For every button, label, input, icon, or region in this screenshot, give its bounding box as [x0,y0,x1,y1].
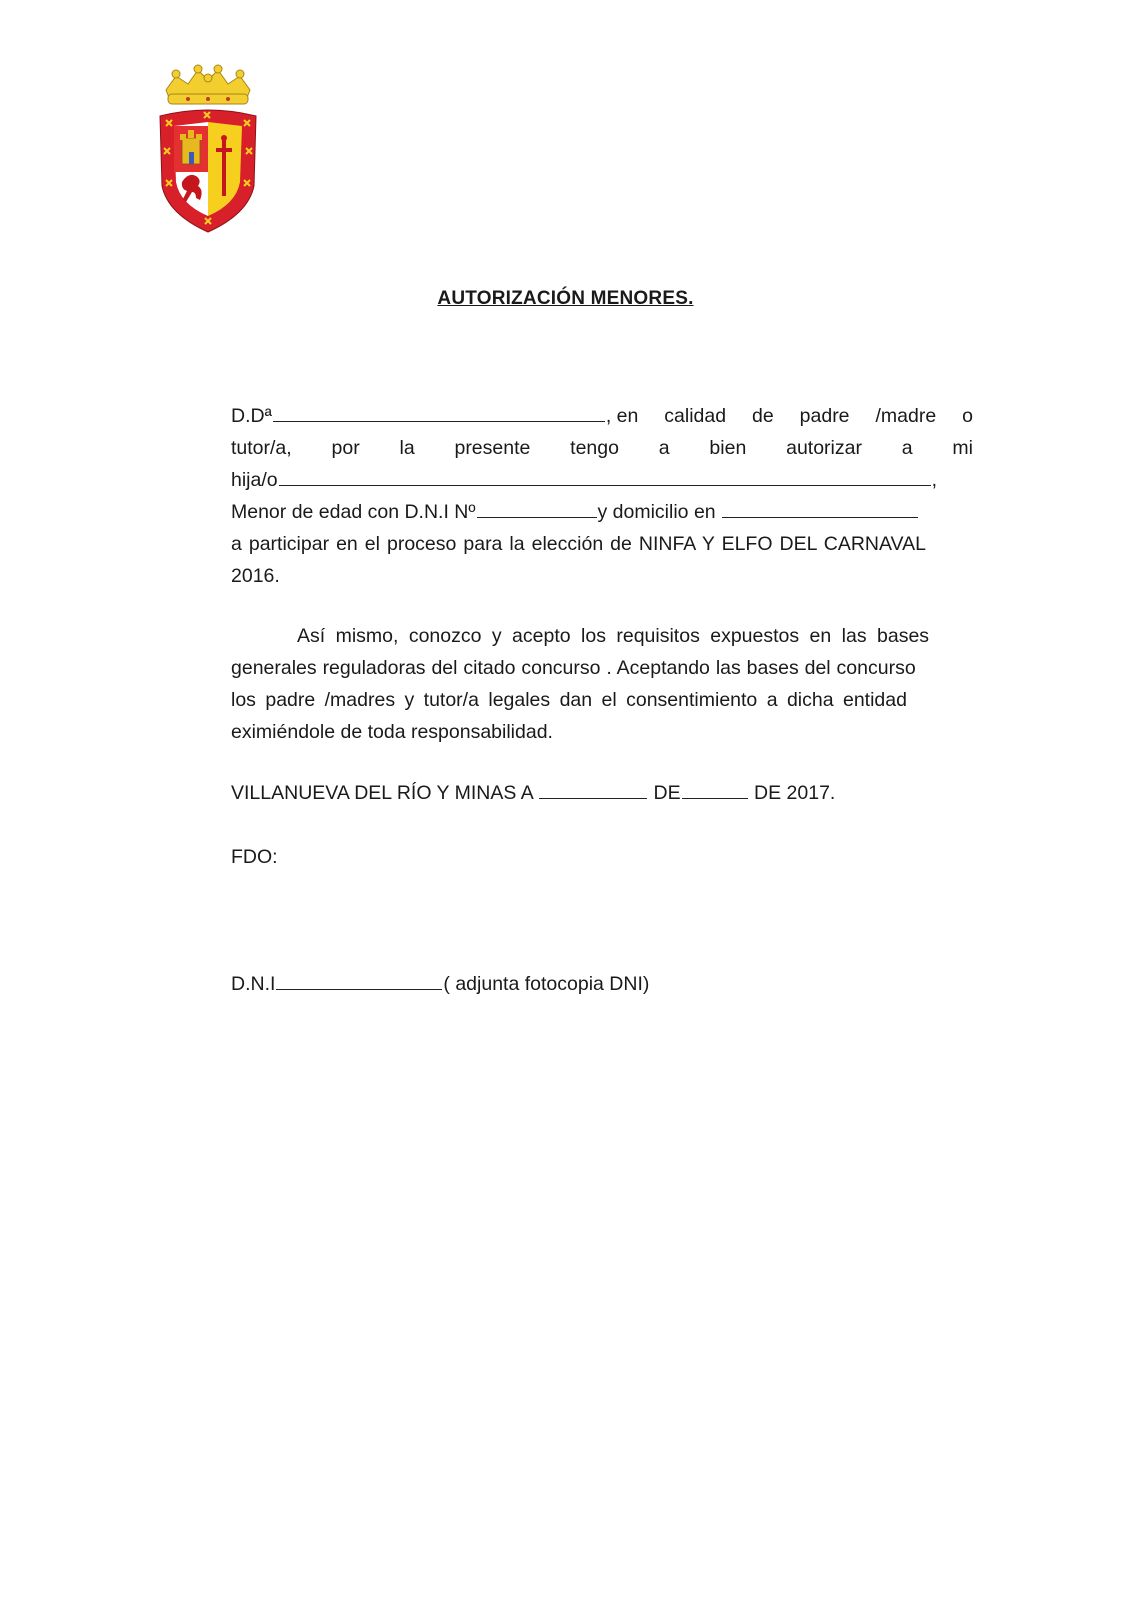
document-title: AUTORIZACIÓN MENORES. [0,288,1131,310]
paragraph-line: tutor/a, por la presente tengo a bien au… [231,432,973,464]
guardian-label: D.Dª [231,405,272,427]
signature-label: FDO: [231,841,973,873]
minor-name-field[interactable] [279,465,931,486]
paragraph-line: D.Dª, en calidad de padre /madre o [231,400,973,432]
acceptance-paragraph: Así mismo, conozco y acepto los requisit… [231,620,973,748]
day-field[interactable] [539,778,647,799]
paragraph-line: 2016. [231,560,973,592]
month-field[interactable] [682,778,748,799]
paragraph-line: Menor de edad con D.N.I Nºy domicilio en [231,496,973,528]
address-field[interactable] [722,497,918,518]
signer-dni-line: D.N.I( adjunta fotocopia DNI) [231,968,973,1000]
guardian-name-field[interactable] [273,401,605,422]
place-date-line: VILLANUEVA DEL RÍO Y MINAS A DE DE 2017. [231,777,973,809]
minor-dni-field[interactable] [477,497,597,518]
paragraph-line: a participar en el proceso para la elecc… [231,528,973,560]
crown-icon [166,65,250,104]
signer-dni-field[interactable] [276,969,442,990]
paragraph-line: hija/o, [231,464,973,496]
authorization-paragraph: D.Dª, en calidad de padre /madre o tutor… [231,400,973,592]
coat-of-arms-icon [158,64,258,236]
